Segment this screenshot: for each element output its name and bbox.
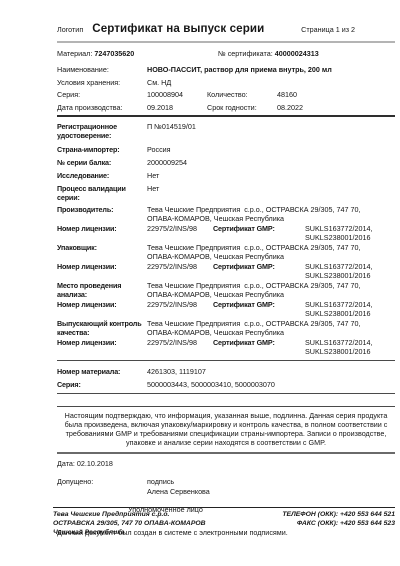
footer-fax: ФАКС (ОКК): +420 553 644 523 <box>282 520 395 529</box>
field-value: Россия <box>147 145 395 154</box>
section-divider <box>57 393 395 394</box>
field-row-series-list: Серия: 5000003443, 5000003410, 500000307… <box>57 380 395 389</box>
product-info-section: Наименование: НОВО-ПАССИТ, раствор для п… <box>57 65 395 112</box>
date-label: Дата: <box>57 459 75 468</box>
field-label: Номер лицензии: <box>57 225 147 242</box>
page-indicator: Страница 1 из 2 <box>301 25 355 34</box>
field-row-dates: Дата производства: 09.2018 Срок годности… <box>57 103 395 112</box>
footer-phone: ТЕЛЕФОН (ОКК): +420 553 644 521 <box>282 511 395 520</box>
field-row-license: Номер лицензии: 22975/2/INS/98 Сертифика… <box>57 339 395 356</box>
field-value: П №014519/01 <box>147 123 395 140</box>
field-label: Номер лицензии: <box>57 263 147 280</box>
approved-label: Допущено: <box>57 477 147 496</box>
field-label: Серия: <box>57 90 147 99</box>
field-label: Место проведения анализа: <box>57 282 147 299</box>
document-header: Логотип Сертификат на выпуск серии Стран… <box>57 22 395 35</box>
field-label: Процесс валидации серии: <box>57 184 147 202</box>
header-divider <box>57 41 395 43</box>
field-row-name: Наименование: НОВО-ПАССИТ, раствор для п… <box>57 65 395 74</box>
field-row-validation: Процесс валидации серии: Нет <box>57 184 395 202</box>
field-value: Тева Чешские Предприятия с.р.о., ОСТРАВС… <box>147 244 395 261</box>
field-value: SUKLS163772/2014, SUKLS238001/2016 <box>305 339 395 356</box>
field-value: 09.2018 <box>147 103 207 112</box>
date-row: Дата: 02.10.2018 <box>57 459 395 468</box>
field-label: Выпускающий контроль качества: <box>57 320 147 337</box>
field-value: См. НД <box>147 78 395 87</box>
field-value: 48160 <box>277 90 395 99</box>
field-label: Сертификат GMP: <box>213 301 305 318</box>
signer-name: Алена Сервенкова <box>147 487 395 497</box>
field-value: 2000009254 <box>147 158 395 167</box>
cert-number-label: № сертификата: <box>218 49 273 58</box>
footer-company: Тева Чешские Предприятия с.р.о. <box>53 511 206 520</box>
field-value: Нет <box>147 184 395 202</box>
material-label: Материал: <box>57 49 92 58</box>
section-divider <box>57 360 395 361</box>
material-value: 7247035620 <box>94 49 134 58</box>
details-section: Регистрационное удостоверение: П №014519… <box>57 123 395 356</box>
field-row-license: Номер лицензии: 22975/2/INS/98 Сертифика… <box>57 301 395 318</box>
field-value: SUKLS163772/2014, SUKLS238001/2016 <box>305 263 395 280</box>
field-row-import-country: Страна-импортер: Россия <box>57 145 395 154</box>
footer-address-block: Тева Чешские Предприятия с.р.о. ОСТРАВСК… <box>53 511 206 537</box>
footer-address-line1: ОСТРАВСКА 29/305, 747 70 ОПАВА-КОМАРОВ <box>53 520 206 529</box>
field-value: Тева Чешские Предприятия с.р.о., ОСТРАВС… <box>147 320 395 337</box>
date-value: 02.10.2018 <box>77 459 113 468</box>
attestation-paragraph: Настоящим подтверждаю, что информация, у… <box>57 406 395 454</box>
field-row-packager: Упаковщик: Тева Чешские Предприятия с.р.… <box>57 244 395 261</box>
field-value: 22975/2/INS/98 <box>147 339 213 356</box>
signature-placeholder: подпись <box>147 477 395 487</box>
field-value: 22975/2/INS/98 <box>147 225 213 242</box>
field-value: 08.2022 <box>277 103 395 112</box>
field-row-batch-qty: Серия: 100008904 Количество: 48160 <box>57 90 395 99</box>
field-label: Номер лицензии: <box>57 301 147 318</box>
field-row-storage: Условия хранения: См. НД <box>57 78 395 87</box>
footer-contact-block: ТЕЛЕФОН (ОКК): +420 553 644 521 ФАКС (ОК… <box>282 511 395 537</box>
field-row-material-number: Номер материала: 4261303, 1119107 <box>57 367 395 376</box>
field-label: Исследование: <box>57 171 147 180</box>
field-value: SUKLS163772/2014, SUKLS238001/2016 <box>305 301 395 318</box>
field-label: Регистрационное удостоверение: <box>57 123 147 140</box>
field-value: Нет <box>147 171 395 180</box>
field-value: 22975/2/INS/98 <box>147 263 213 280</box>
footer-address-line2: Чешская Республика <box>53 529 206 538</box>
field-label: Срок годности: <box>207 103 277 112</box>
field-row-manufacturer: Производитель: Тева Чешские Предприятия … <box>57 206 395 223</box>
field-label: Количество: <box>207 90 277 99</box>
field-label: Дата производства: <box>57 103 147 112</box>
field-value: 4261303, 1119107 <box>147 367 395 376</box>
logo-placeholder: Логотип <box>57 25 83 34</box>
field-label: Упаковщик: <box>57 244 147 261</box>
field-label: Страна-импортер: <box>57 145 147 154</box>
field-row-analysis-site: Место проведения анализа: Тева Чешские П… <box>57 282 395 299</box>
field-label: Производитель: <box>57 206 147 223</box>
materials-section: Номер материала: 4261303, 1119107 Серия:… <box>57 367 395 389</box>
field-row-license: Номер лицензии: 22975/2/INS/98 Сертифика… <box>57 263 395 280</box>
field-value: Тева Чешские Предприятия с.р.о., ОСТРАВС… <box>147 206 395 223</box>
field-row-study: Исследование: Нет <box>57 171 395 180</box>
field-label: Серия: <box>57 380 147 389</box>
field-label: Наименование: <box>57 65 147 74</box>
field-label: Условия хранения: <box>57 78 147 87</box>
field-row-bulk-series: № серии балка: 2000009254 <box>57 158 395 167</box>
field-label: Сертификат GMP: <box>213 339 305 356</box>
page-footer: Тева Чешские Предприятия с.р.о. ОСТРАВСК… <box>53 507 395 537</box>
field-value: НОВО-ПАССИТ, раствор для приема внутрь, … <box>147 65 395 74</box>
document-title: Сертификат на выпуск серии <box>92 22 264 35</box>
section-divider <box>57 115 395 117</box>
field-value: 100008904 <box>147 90 207 99</box>
field-row-qc-release: Выпускающий контроль качества: Тева Чешс… <box>57 320 395 337</box>
material-field: Материал: 7247035620 <box>57 49 134 58</box>
field-value: 5000003443, 5000003410, 5000003070 <box>147 380 395 389</box>
field-label: Сертификат GMP: <box>213 263 305 280</box>
approval-row: Допущено: подпись Алена Сервенкова <box>57 477 395 496</box>
field-row-registration: Регистрационное удостоверение: П №014519… <box>57 123 395 140</box>
cert-number-value: 40000024313 <box>275 49 319 58</box>
material-cert-row: Материал: 7247035620 № сертификата: 4000… <box>57 49 395 59</box>
certificate-page: Логотип Сертификат на выпуск серии Стран… <box>0 0 400 566</box>
field-value: SUKLS163772/2014, SUKLS238001/2016 <box>305 225 395 242</box>
field-value: 22975/2/INS/98 <box>147 301 213 318</box>
field-label: № серии балка: <box>57 158 147 167</box>
field-label: Номер материала: <box>57 367 147 376</box>
field-row-license: Номер лицензии: 22975/2/INS/98 Сертифика… <box>57 225 395 242</box>
field-label: Номер лицензии: <box>57 339 147 356</box>
field-value: Тева Чешские Предприятия с.р.о., ОСТРАВС… <box>147 282 395 299</box>
cert-number-field: № сертификата: 40000024313 <box>218 49 319 58</box>
field-label: Сертификат GMP: <box>213 225 305 242</box>
signature-block: подпись Алена Сервенкова <box>147 477 395 496</box>
